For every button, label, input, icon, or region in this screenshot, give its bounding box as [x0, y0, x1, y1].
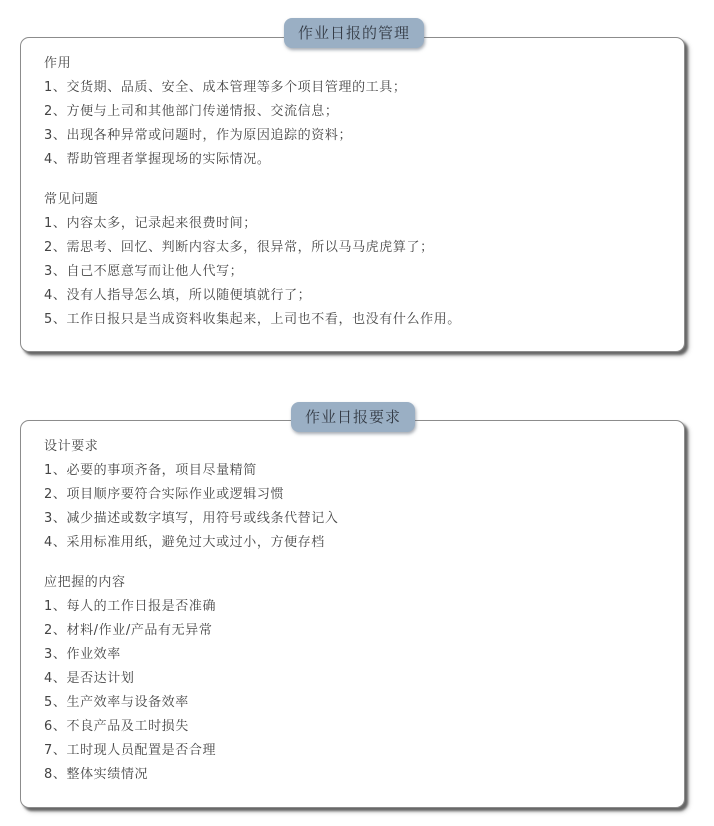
list-item: 8、整体实绩情况 — [44, 763, 674, 787]
list-item: 2、方便与上司和其他部门传递情报、交流信息； — [44, 100, 674, 124]
list-item: 4、采用标准用纸，避免过大或过小，方便存档 — [44, 531, 674, 555]
spacer — [44, 172, 674, 188]
section-panel-requirements: 设计要求 1、必要的事项齐备，项目尽量精简 2、项目顺序要符合实际作业或逻辑习惯… — [20, 420, 685, 808]
section-panel-management: 作用 1、交货期、品质、安全、成本管理等多个项目管理的工具； 2、方便与上司和其… — [20, 37, 685, 352]
list-item: 4、是否达计划 — [44, 667, 674, 691]
list-item: 3、减少描述或数字填写，用符号或线条代替记入 — [44, 507, 674, 531]
section-title-requirements: 作业日报要求 — [291, 402, 415, 432]
list-item: 3、出现各种异常或问题时，作为原因追踪的资料； — [44, 124, 674, 148]
spacer — [44, 555, 674, 571]
section-title-management: 作业日报的管理 — [284, 18, 424, 48]
list-item: 2、材料/作业/产品有无异常 — [44, 619, 674, 643]
list-item: 1、交货期、品质、安全、成本管理等多个项目管理的工具； — [44, 76, 674, 100]
list-item: 1、必要的事项齐备，项目尽量精简 — [44, 459, 674, 483]
group-heading: 设计要求 — [44, 435, 674, 459]
list-item: 1、每人的工作日报是否准确 — [44, 595, 674, 619]
group-heading: 作用 — [44, 52, 674, 76]
section-content: 设计要求 1、必要的事项齐备，项目尽量精简 2、项目顺序要符合实际作业或逻辑习惯… — [44, 435, 674, 787]
list-item: 2、项目顺序要符合实际作业或逻辑习惯 — [44, 483, 674, 507]
list-item: 4、帮助管理者掌握现场的实际情况。 — [44, 148, 674, 172]
list-item: 2、需思考、回忆、判断内容太多，很异常，所以马马虎虎算了； — [44, 236, 674, 260]
list-item: 5、工作日报只是当成资料收集起来，上司也不看，也没有什么作用。 — [44, 308, 674, 332]
list-item: 7、工时现人员配置是否合理 — [44, 739, 674, 763]
group-heading: 常见问题 — [44, 188, 674, 212]
list-item: 4、没有人指导怎么填，所以随便填就行了； — [44, 284, 674, 308]
section-content: 作用 1、交货期、品质、安全、成本管理等多个项目管理的工具； 2、方便与上司和其… — [44, 52, 674, 332]
list-item: 3、作业效率 — [44, 643, 674, 667]
list-item: 1、内容太多，记录起来很费时间； — [44, 212, 674, 236]
list-item: 3、自己不愿意写而让他人代写； — [44, 260, 674, 284]
group-heading: 应把握的内容 — [44, 571, 674, 595]
list-item: 6、不良产品及工时损失 — [44, 715, 674, 739]
list-item: 5、生产效率与设备效率 — [44, 691, 674, 715]
